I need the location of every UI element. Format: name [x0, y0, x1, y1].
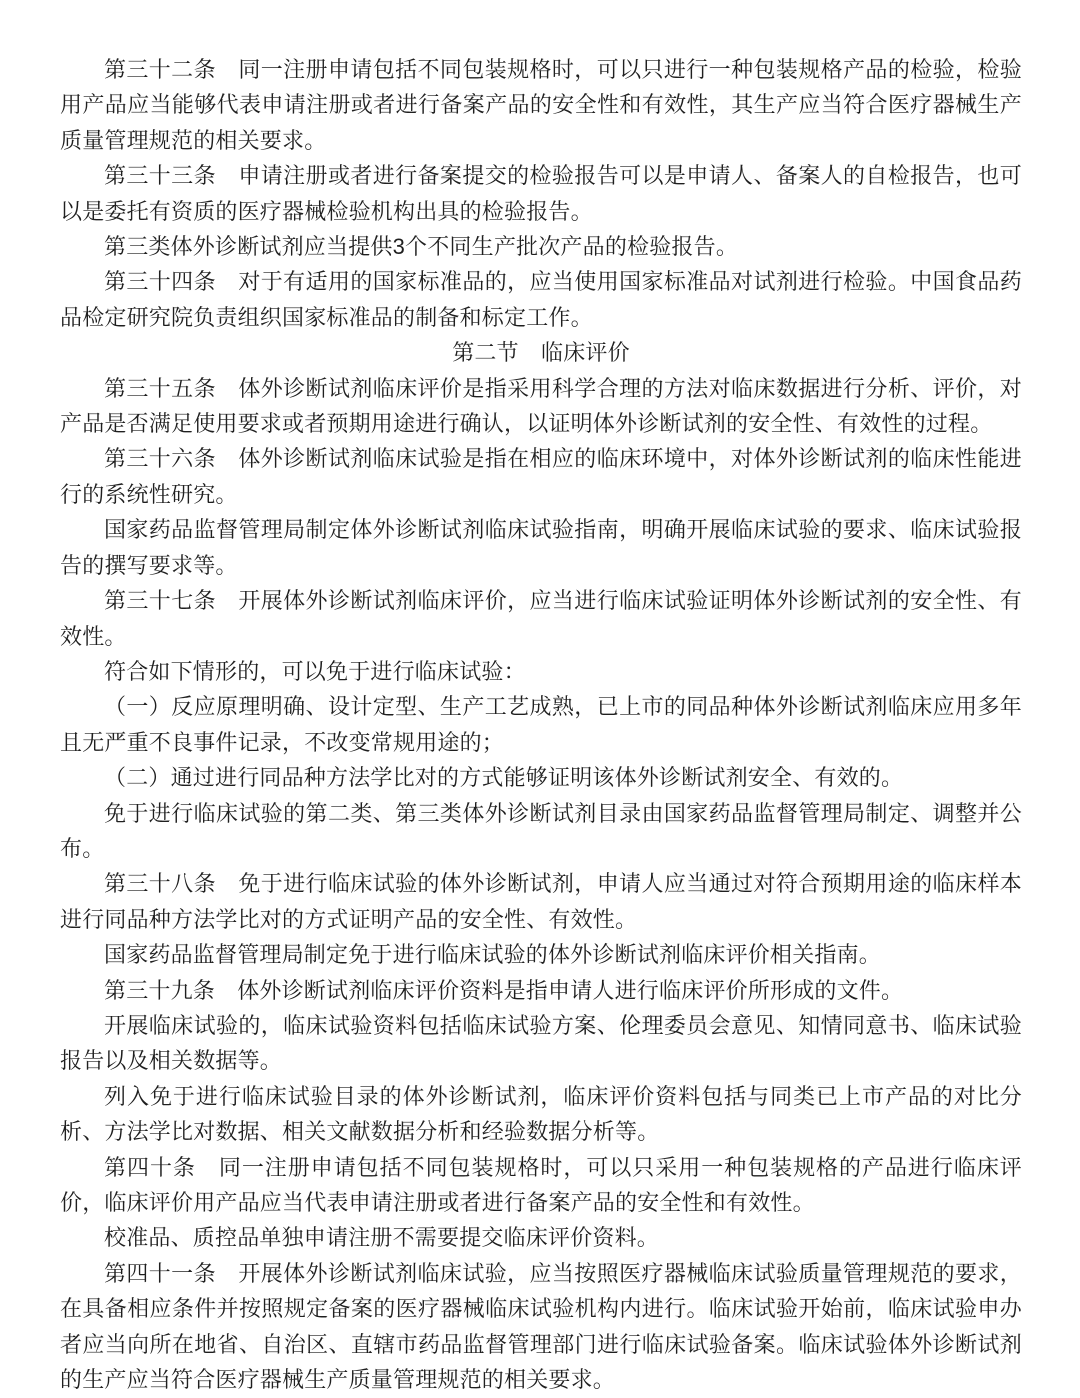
paragraph-article-38-sub: 国家药品监督管理局制定免于进行临床试验的体外诊断试剂临床评价相关指南。 [60, 937, 1022, 972]
paragraph-article-36-sub: 国家药品监督管理局制定体外诊断试剂临床试验指南，明确开展临床试验的要求、临床试验… [60, 512, 1022, 583]
paragraph-article-32: 第三十二条 同一注册申请包括不同包装规格时，可以只进行一种包装规格产品的检验，检… [60, 52, 1022, 158]
paragraph-article-35: 第三十五条 体外诊断试剂临床评价是指采用科学合理的方法对临床数据进行分析、评价，… [60, 371, 1022, 442]
document-body: 第三十二条 同一注册申请包括不同包装规格时，可以只进行一种包装规格产品的检验，检… [60, 52, 1022, 1397]
paragraph-article-33: 第三十三条 申请注册或者进行备案提交的检验报告可以是申请人、备案人的自检报告，也… [60, 158, 1022, 229]
paragraph-article-37-item-2: （二）通过进行同品种方法学比对的方式能够证明该体外诊断试剂安全、有效的。 [60, 760, 1022, 795]
paragraph-article-33-sub: 第三类体外诊断试剂应当提供3个不同生产批次产品的检验报告。 [60, 229, 1022, 264]
paragraph-article-37-sub: 免于进行临床试验的第二类、第三类体外诊断试剂目录由国家药品监督管理局制定、调整并… [60, 796, 1022, 867]
section-heading: 第二节 临床评价 [60, 335, 1022, 370]
paragraph-article-37: 第三十七条 开展体外诊断试剂临床评价，应当进行临床试验证明体外诊断试剂的安全性、… [60, 583, 1022, 654]
paragraph-article-39-sub-2: 列入免于进行临床试验目录的体外诊断试剂，临床评价资料包括与同类已上市产品的对比分… [60, 1079, 1022, 1150]
paragraph-article-37-intro: 符合如下情形的，可以免于进行临床试验： [60, 654, 1022, 689]
paragraph-article-40: 第四十条 同一注册申请包括不同包装规格时，可以只采用一种包装规格的产品进行临床评… [60, 1150, 1022, 1221]
paragraph-article-38: 第三十八条 免于进行临床试验的体外诊断试剂，申请人应当通过对符合预期用途的临床样… [60, 866, 1022, 937]
paragraph-article-39: 第三十九条 体外诊断试剂临床评价资料是指申请人进行临床评价所形成的文件。 [60, 973, 1022, 1008]
paragraph-article-40-sub: 校准品、质控品单独申请注册不需要提交临床评价资料。 [60, 1220, 1022, 1255]
paragraph-article-34: 第三十四条 对于有适用的国家标准品的，应当使用国家标准品对试剂进行检验。中国食品… [60, 264, 1022, 335]
paragraph-article-41: 第四十一条 开展体外诊断试剂临床试验，应当按照医疗器械临床试验质量管理规范的要求… [60, 1256, 1022, 1398]
document-page: 第三十二条 同一注册申请包括不同包装规格时，可以只进行一种包装规格产品的检验，检… [0, 0, 1080, 1398]
paragraph-article-37-item-1: （一）反应原理明确、设计定型、生产工艺成熟，已上市的同品种体外诊断试剂临床应用多… [60, 689, 1022, 760]
paragraph-article-36: 第三十六条 体外诊断试剂临床试验是指在相应的临床环境中，对体外诊断试剂的临床性能… [60, 441, 1022, 512]
paragraph-article-39-sub-1: 开展临床试验的，临床试验资料包括临床试验方案、伦理委员会意见、知情同意书、临床试… [60, 1008, 1022, 1079]
